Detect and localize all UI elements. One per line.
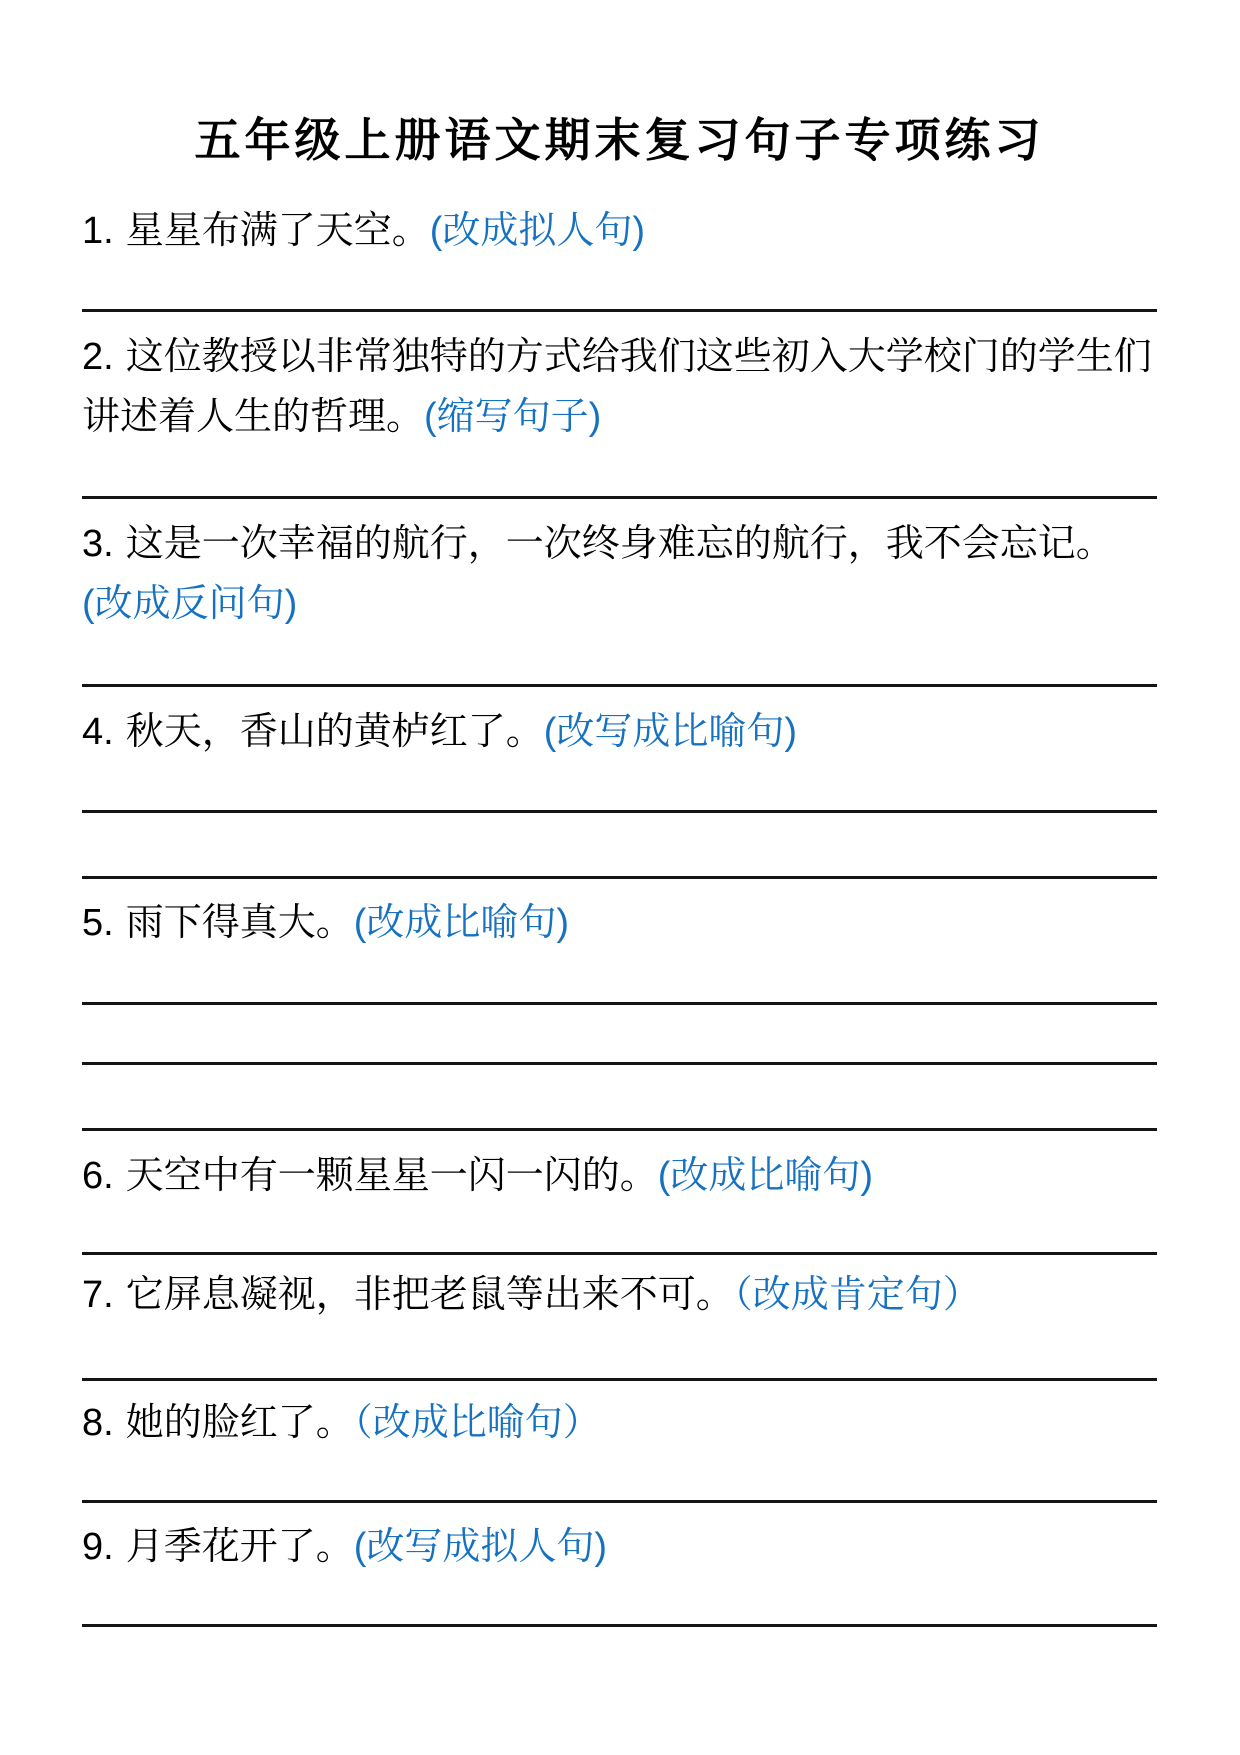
question-item-3: 3.这是一次幸福的航行，一次终身难忘的航行，我不会忘记。(改成反问句) bbox=[82, 514, 1157, 634]
question-instruction: （改成比喻句） bbox=[354, 1402, 601, 1444]
question-item-6: 6.天空中有一颗星星一闪一闪的。(改成比喻句) bbox=[82, 1146, 1157, 1206]
question-text: 天空中有一颗星星一闪一闪的。 bbox=[126, 1155, 658, 1197]
answer-line bbox=[82, 1252, 1157, 1255]
question-item-4: 4.秋天，香山的黄栌红了。(改写成比喻句) bbox=[82, 702, 1157, 762]
question-text: 月季花开了。 bbox=[126, 1526, 354, 1568]
question-text: 它屏息凝视，非把老鼠等出来不可。 bbox=[126, 1274, 734, 1316]
question-instruction: (缩写句子) bbox=[424, 396, 601, 438]
answer-line bbox=[82, 1500, 1157, 1503]
question-text: 这是一次幸福的航行，一次终身难忘的航行，我不会忘记。 bbox=[126, 523, 1114, 565]
question-instruction: (改成比喻句) bbox=[354, 902, 569, 944]
question-item-7: 7.它屏息凝视，非把老鼠等出来不可。（改成肯定句） bbox=[82, 1265, 1157, 1325]
answer-line bbox=[82, 876, 1157, 879]
answer-line bbox=[82, 496, 1157, 499]
question-item-8: 8.她的脸红了。（改成比喻句） bbox=[82, 1393, 1157, 1453]
question-number: 8. bbox=[82, 1402, 114, 1444]
question-number: 4. bbox=[82, 711, 114, 753]
page-title: 五年级上册语文期末复习句子专项练习 bbox=[82, 0, 1157, 170]
question-text: 秋天，香山的黄栌红了。 bbox=[126, 711, 544, 753]
question-text: 这位教授以非常独特的方式给我们这些初入大学校门的学生们讲述着人生的哲理。 bbox=[82, 336, 1152, 438]
answer-line bbox=[82, 1378, 1157, 1381]
question-instruction: (改写成比喻句) bbox=[544, 711, 797, 753]
answer-line bbox=[82, 684, 1157, 687]
question-text: 雨下得真大。 bbox=[126, 902, 354, 944]
answer-line bbox=[82, 1062, 1157, 1065]
question-instruction: (改成拟人句) bbox=[430, 210, 645, 252]
question-instruction: (改成比喻句) bbox=[658, 1155, 873, 1197]
question-item-9: 9.月季花开了。(改写成拟人句) bbox=[82, 1517, 1157, 1577]
question-item-2: 2.这位教授以非常独特的方式给我们这些初入大学校门的学生们讲述着人生的哲理。(缩… bbox=[82, 327, 1157, 447]
question-item-5: 5.雨下得真大。(改成比喻句) bbox=[82, 893, 1157, 953]
question-number: 1. bbox=[82, 210, 114, 252]
question-number: 5. bbox=[82, 902, 114, 944]
question-number: 2. bbox=[82, 336, 114, 378]
question-instruction: （改成肯定句） bbox=[734, 1274, 981, 1316]
question-instruction: (改写成拟人句) bbox=[354, 1526, 607, 1568]
question-text: 星星布满了天空。 bbox=[126, 210, 430, 252]
question-number: 9. bbox=[82, 1526, 114, 1568]
question-number: 3. bbox=[82, 523, 114, 565]
question-text: 她的脸红了。 bbox=[126, 1402, 354, 1444]
answer-line bbox=[82, 309, 1157, 312]
question-instruction: (改成反问句) bbox=[82, 583, 297, 625]
question-number: 7. bbox=[82, 1274, 114, 1316]
answer-line bbox=[82, 810, 1157, 813]
answer-line bbox=[82, 1002, 1157, 1005]
worksheet-page: 五年级上册语文期末复习句子专项练习 1.星星布满了天空。(改成拟人句) 2.这位… bbox=[0, 0, 1240, 1755]
answer-line bbox=[82, 1624, 1157, 1627]
question-item-1: 1.星星布满了天空。(改成拟人句) bbox=[82, 201, 1157, 261]
answer-line bbox=[82, 1128, 1157, 1131]
question-number: 6. bbox=[82, 1155, 114, 1197]
